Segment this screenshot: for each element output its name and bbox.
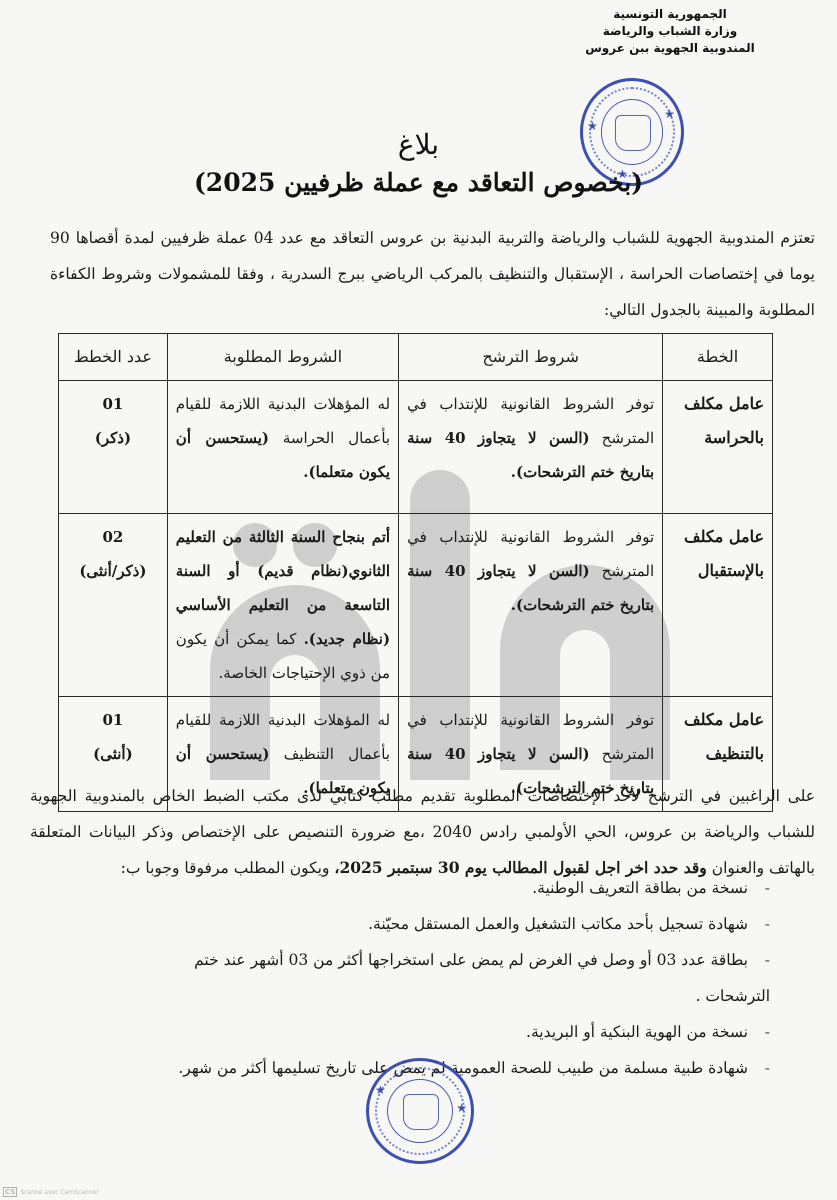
table-row: عامل مكلف بالإستقبال توفر الشروط القانون… <box>59 514 773 697</box>
notice-subtitle: (بخصوص التعاقد مع عملة ظرفيين 2025) <box>0 168 837 197</box>
list-item: شهادة تسجيل بأحد مكاتب التشغيل والعمل ال… <box>160 906 770 942</box>
star-icon: ★ <box>664 107 675 121</box>
gender-value: (ذكر) <box>67 421 159 455</box>
notice-title: بلاغ <box>0 128 837 161</box>
official-stamp-bottom: ★ ★ <box>366 1058 474 1164</box>
cell-candidacy-conditions: توفر الشروط القانونية للإنتداب في المترش… <box>399 514 663 697</box>
letterhead-country: الجمهورية التونسية <box>560 6 780 23</box>
gender-value: (ذكر/أنثى) <box>67 554 159 588</box>
cell-plan: عامل مكلف بالحراسة <box>663 381 773 514</box>
list-item: نسخة من الهوية البنكية أو البريدية. <box>160 1014 770 1050</box>
stamp-emblem-icon <box>403 1094 440 1130</box>
table-row: عامل مكلف بالحراسة توفر الشروط القانونية… <box>59 381 773 514</box>
camscanner-icon: CS <box>3 1187 17 1197</box>
scanner-text: Scanné avec CamScanner <box>20 1189 98 1196</box>
cell-plan: عامل مكلف بالإستقبال <box>663 514 773 697</box>
intro-paragraph: تعتزم المندوبية الجهوية للشباب والرياضة … <box>50 220 815 328</box>
table-header-row: الخطة شروط الترشح الشروط المطلوبة عدد ال… <box>59 334 773 381</box>
header-candidacy-conditions: شروط الترشح <box>399 334 663 381</box>
header-count: عدد الخطط <box>59 334 168 381</box>
list-item: شهادة طبية مسلمة من طبيب للصحة العمومية … <box>160 1050 770 1086</box>
positions-table: الخطة شروط الترشح الشروط المطلوبة عدد ال… <box>58 333 773 812</box>
list-item: نسخة من بطاقة التعريف الوطنية. <box>160 870 770 906</box>
required-documents-list: نسخة من بطاقة التعريف الوطنية. شهادة تسج… <box>160 870 770 1086</box>
cell-candidacy-conditions: توفر الشروط القانونية للإنتداب في المترش… <box>399 381 663 514</box>
list-item: بطاقة عدد 03 أو وصل في الغرض لم يمض على … <box>160 942 770 1014</box>
star-icon: ★ <box>375 1083 386 1097</box>
cell-count: 01(ذكر) <box>59 381 168 514</box>
cell-required-conditions: له المؤهلات البدنية اللازمة للقيام بأعما… <box>167 381 398 514</box>
scanner-footer: CS Scanné avec CamScanner <box>3 1187 99 1197</box>
gender-value: (أنثى) <box>67 737 159 771</box>
cell-count: 02(ذكر/أنثى) <box>59 514 168 697</box>
header-required-conditions: الشروط المطلوبة <box>167 334 398 381</box>
cell-required-conditions: أتم بنجاح السنة الثالثة من التعليم الثان… <box>167 514 398 697</box>
header-plan: الخطة <box>663 334 773 381</box>
count-value: 02 <box>67 520 159 554</box>
letterhead: الجمهورية التونسية وزارة الشباب والرياضة… <box>560 6 780 57</box>
letterhead-ministry: وزارة الشباب والرياضة <box>560 23 780 40</box>
star-icon: ★ <box>456 1101 467 1115</box>
count-value: 01 <box>67 703 159 737</box>
letterhead-directorate: المندوبية الجهوية ببن عروس <box>560 40 780 57</box>
count-value: 01 <box>67 387 159 421</box>
